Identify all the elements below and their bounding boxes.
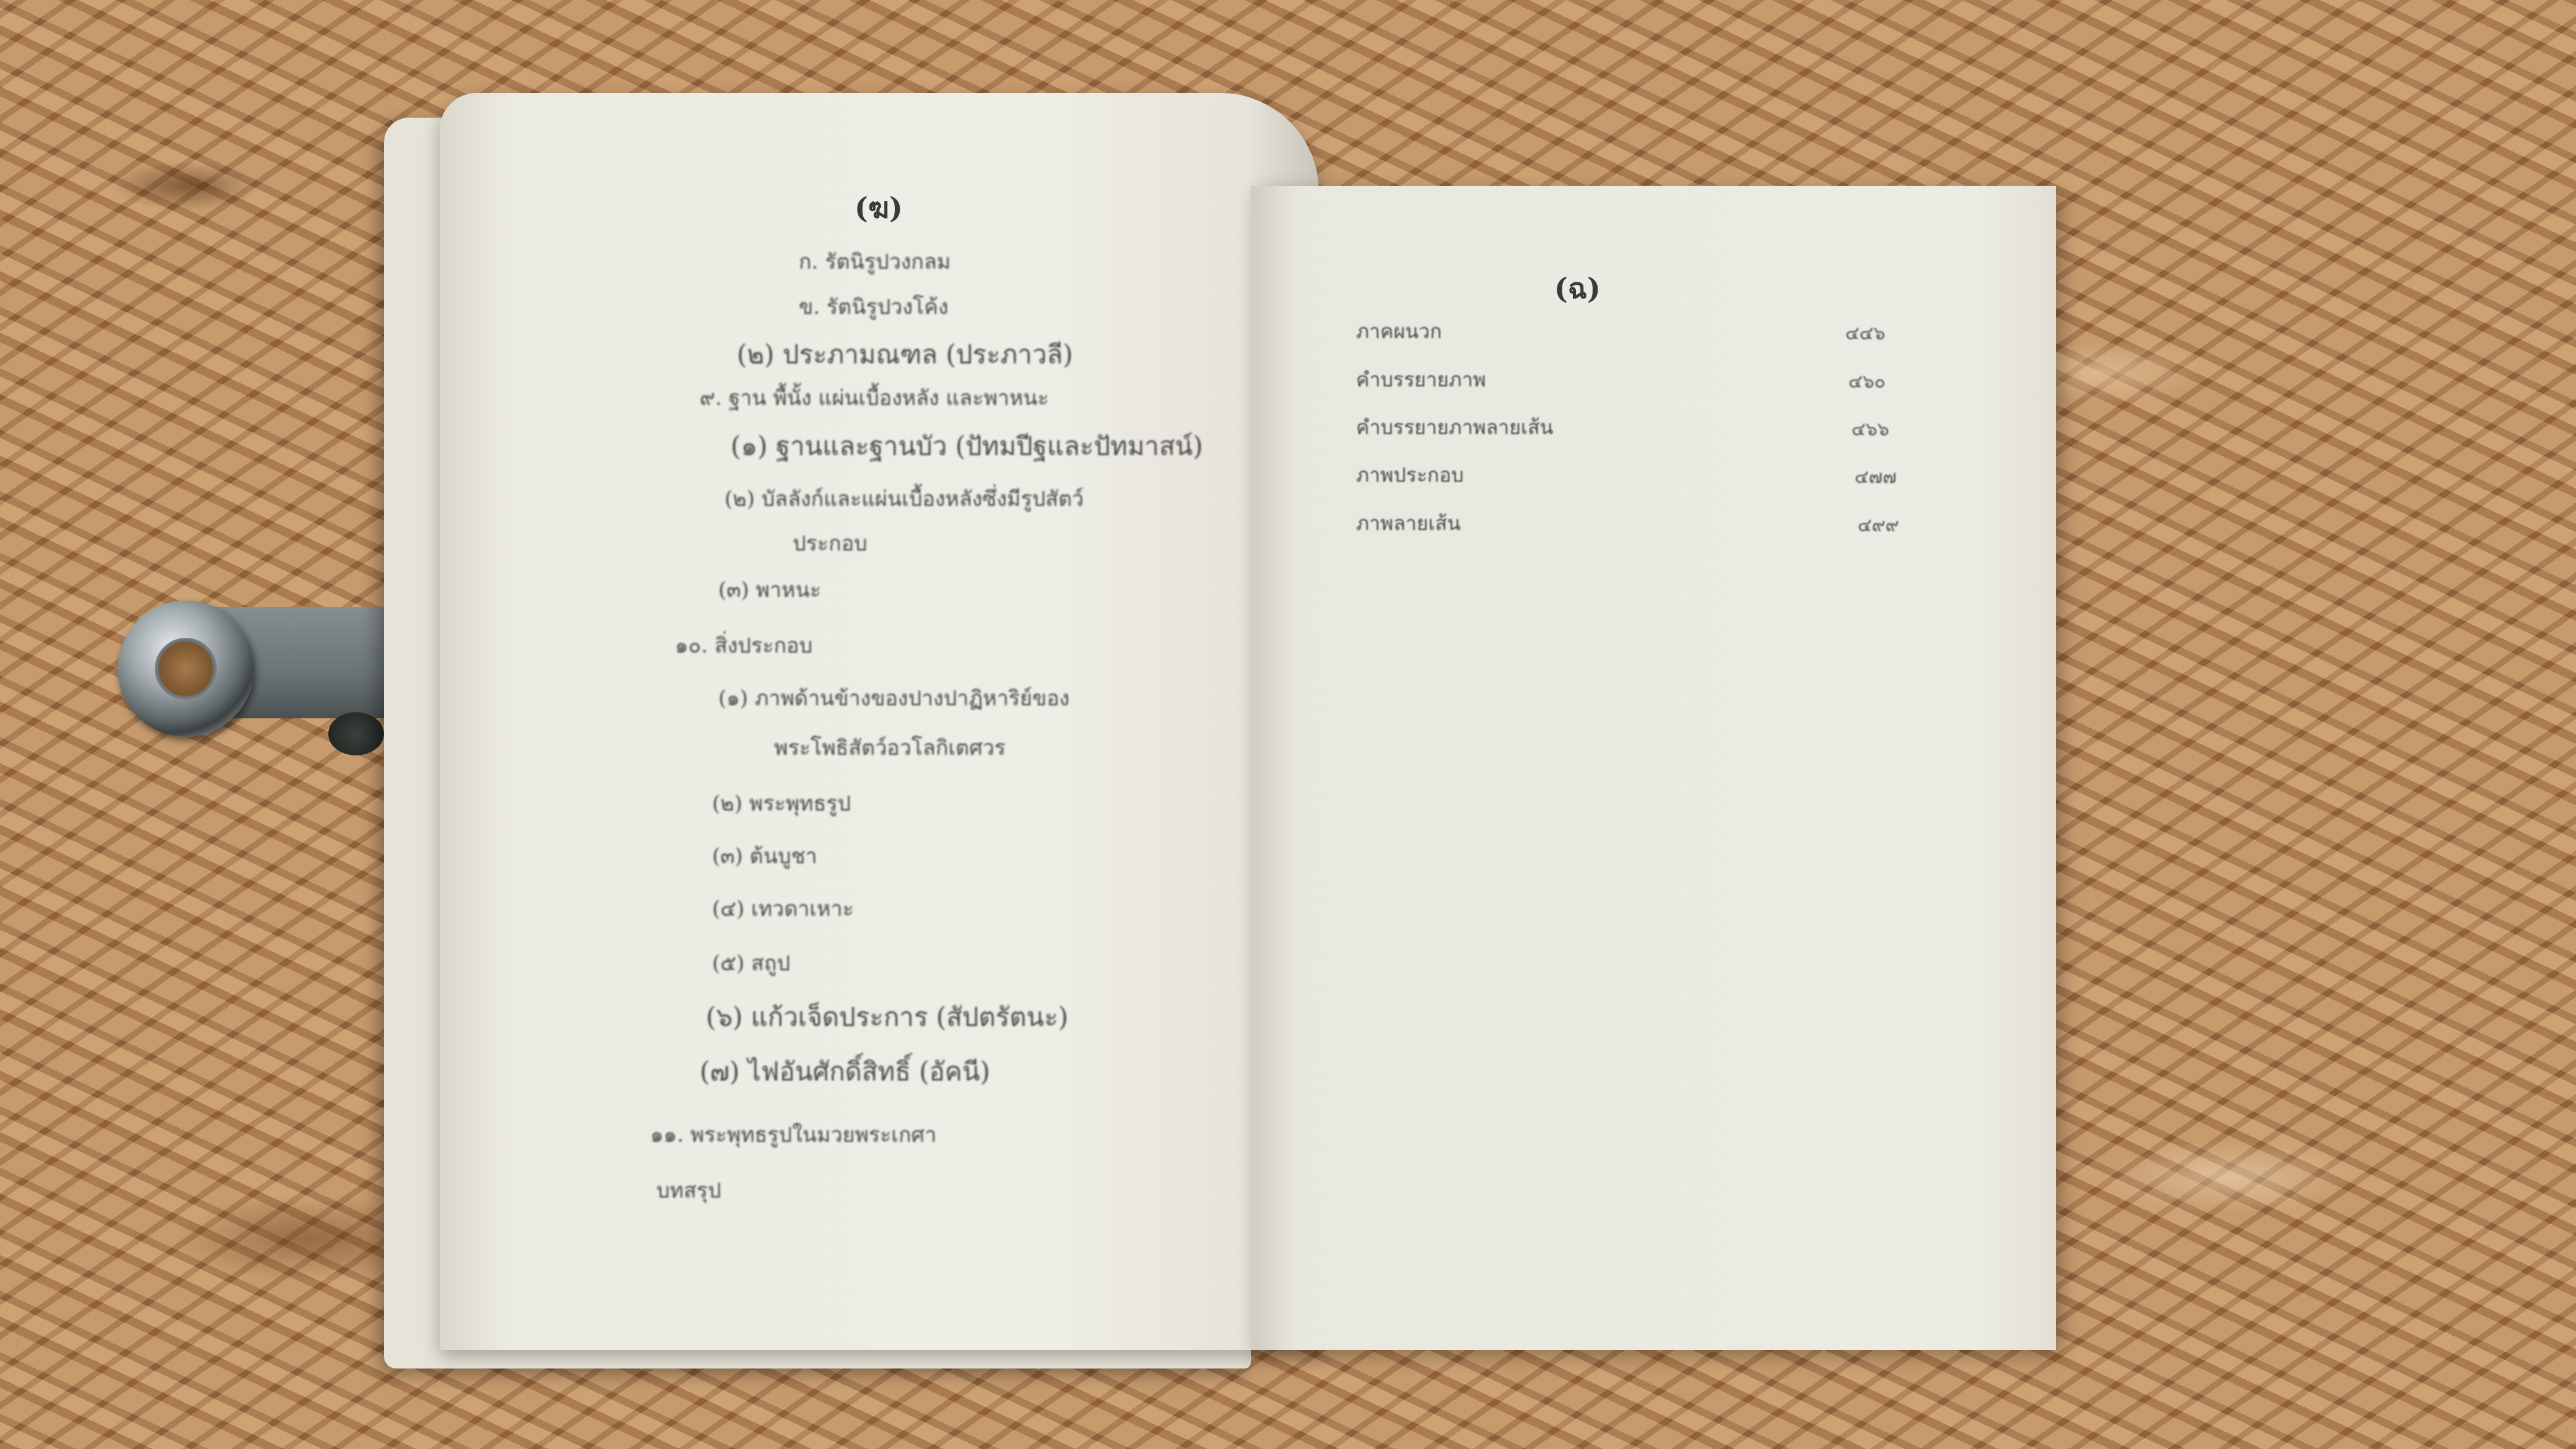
toc-entry: (๕) สถูป	[712, 946, 790, 980]
toc-entry: ข. รัตนิรูปวงโค้ง	[799, 290, 949, 323]
binder-clip-screw	[155, 638, 217, 700]
toc-entry: พระโพธิสัตว์อวโลกิเตศวร	[774, 731, 1006, 764]
toc-entry: ภาคผนวก	[1356, 316, 1442, 347]
left-page-number: (ฆ)	[855, 186, 903, 231]
open-book: (ฆ) ก. รัตนิรูปวงกลม ข. รัตนิรูปวงโค้ง (…	[384, 93, 2056, 1368]
toc-page-number: ๔๙๙	[1858, 511, 1899, 540]
toc-entry: คำบรรยายภาพลายเส้น	[1356, 412, 1553, 443]
toc-entry: ประกอบ	[793, 526, 868, 560]
toc-entry: (๑) ฐานและฐานบัว (ปัทมปีฐและปัทมาสน์)	[731, 426, 1203, 467]
toc-entry: ๑๑. พระพุทธรูปในมวยพระเกศา	[650, 1118, 936, 1151]
toc-page-number: ๔๖๖	[1851, 415, 1889, 444]
toc-entry: (๖) แก้วเจ็ดประการ (สัปตรัตนะ)	[706, 997, 1068, 1038]
toc-entry: ภาพประกอบ	[1356, 459, 1464, 491]
toc-entry: บทสรุป	[656, 1173, 721, 1207]
toc-entry: (๔) เทวดาเหาะ	[712, 892, 854, 925]
toc-page-number: ๔๔๖	[1845, 319, 1885, 348]
toc-entry: (๒) ประภามณฑล (ประภาวลี)	[737, 334, 1073, 375]
toc-entry: (๓) พาหนะ	[718, 573, 821, 606]
toc-entry: ๑๐. สิ่งประกอบ	[675, 629, 812, 662]
toc-entry: (๓) ต้นบูชา	[712, 839, 817, 872]
toc-page-number: ๔๗๗	[1855, 463, 1897, 492]
toc-entry: (๒) พระพุทธรูป	[712, 786, 851, 820]
toc-entry: (๑) ภาพด้านข้างของปางปาฏิหาริย์ของ	[718, 681, 1069, 715]
left-page: (ฆ) ก. รัตนิรูปวงกลม ข. รัตนิรูปวงโค้ง (…	[440, 93, 1319, 1350]
toc-entry: (๗) ไฟอันศักดิ์สิทธิ์ (อัคนี)	[700, 1051, 990, 1092]
right-page-number: (ฉ)	[1554, 266, 1601, 311]
toc-entry: คำบรรยายภาพ	[1356, 364, 1486, 396]
toc-page-number: ๔๖๐	[1848, 367, 1886, 396]
binder-clip-bolt	[328, 712, 384, 755]
toc-entry: ๙. ฐาน พื้นั้ง แผ่นเบื้องหลัง และพาหนะ	[700, 381, 1049, 414]
right-page: (ฉ) ภาคผนวก ๔๔๖ คำบรรยายภาพ ๔๖๐ คำบรรยาย…	[1251, 186, 2056, 1350]
toc-entry: ก. รัตนิรูปวงกลม	[799, 245, 951, 278]
toc-entry: ภาพลายเส้น	[1356, 508, 1461, 539]
toc-entry: (๒) บัลลังก์และแผ่นเบื้องหลังซึ่งมีรูปสั…	[724, 482, 1084, 515]
